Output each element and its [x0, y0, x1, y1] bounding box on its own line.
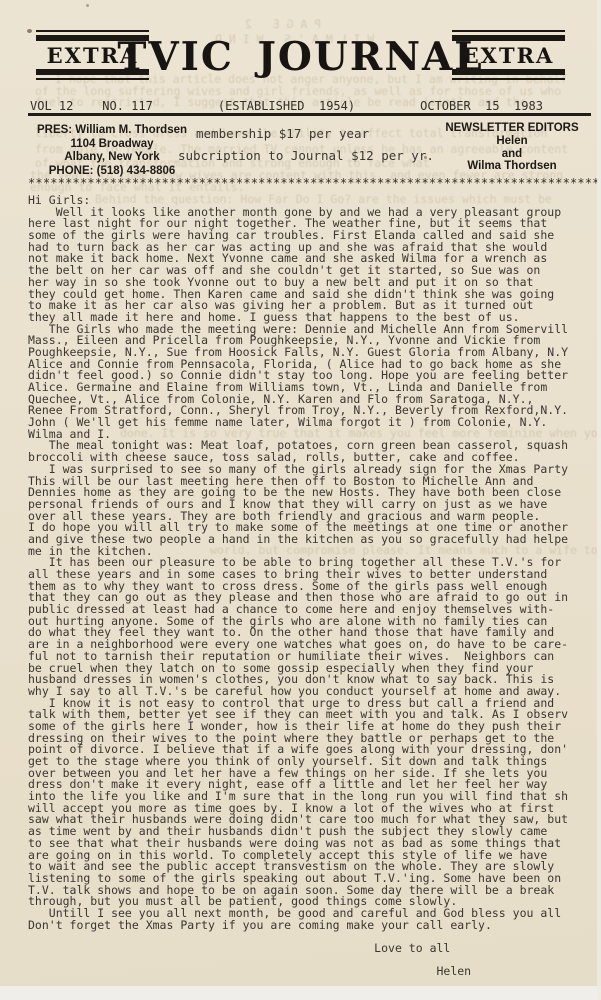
editor-name: Wilma Thordsen — [437, 160, 587, 173]
scan-speck — [86, 4, 89, 7]
letter-line: Don't forget the Xmas Party if you are c… — [28, 920, 568, 932]
scan-edge-right — [597, 0, 601, 1000]
letter-body: Hi Girls: Well it looks like another mon… — [28, 195, 568, 978]
divider — [452, 78, 565, 80]
bleed-through-text: of the long suffering wives and girl fri… — [35, 86, 561, 98]
editors-heading: NEWSLETTER EDITORS — [437, 122, 587, 135]
extra-label-right: EXTRA — [452, 41, 565, 69]
scan-speck — [27, 29, 32, 33]
editors-block: NEWSLETTER EDITORS Helen and Wilma Thord… — [437, 122, 587, 173]
president-block: PRES: William M. Thordsen 1104 Broadway … — [26, 124, 198, 178]
letter-line: Helen — [28, 966, 568, 978]
subscription-fee: subcription to Journal $12 per yr. — [178, 148, 434, 163]
scan-edge-bottom — [0, 986, 601, 1000]
newsletter-page: P A G E 2W I L M A ' S W I N DI hope tha… — [0, 0, 601, 1000]
asterisk-divider: ****************************************… — [28, 176, 601, 190]
bleed-through-text: P A G E 2 — [245, 19, 321, 31]
membership-fee: membership $17 per year — [196, 126, 369, 141]
editor-name: Helen — [437, 135, 587, 148]
president-street: 1104 Broadway — [26, 138, 198, 152]
president-name: PRES: William M. Thordsen — [26, 124, 198, 138]
editors-and: and — [437, 148, 587, 161]
issue-line: VOL 12 NO. 117 (ESTABLISHED 1954) OCTOBE… — [30, 99, 543, 113]
president-city: Albany, New York — [26, 151, 198, 165]
divider — [28, 113, 591, 116]
letter-line: Love to all — [28, 943, 568, 955]
extra-banner-right: EXTRA — [452, 30, 565, 80]
